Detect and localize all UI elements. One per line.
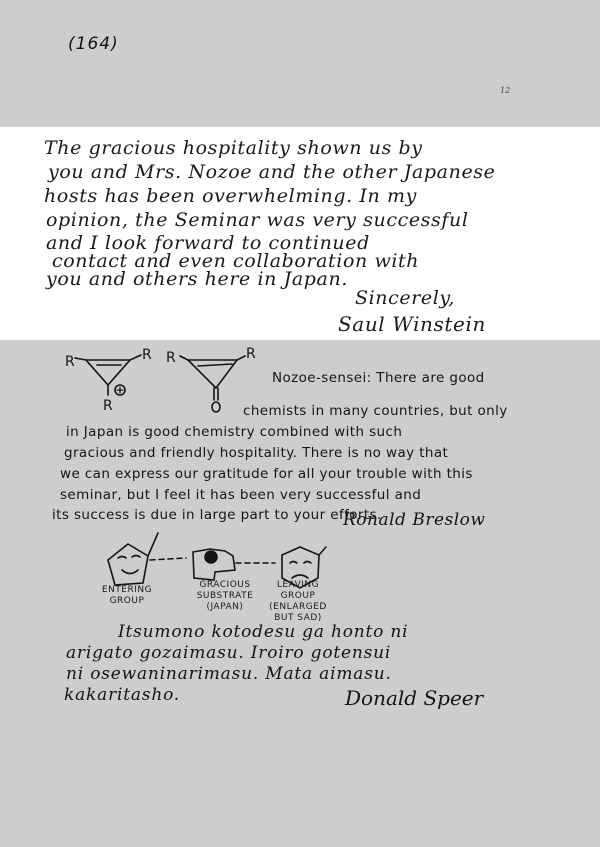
substituent-r: R	[142, 347, 152, 363]
label-line: GRACIOUS	[180, 580, 270, 591]
cyclopropenone-icon	[180, 356, 245, 412]
letter-line: in Japan is good chemistry combined with…	[66, 424, 402, 440]
letter-line: kakaritasho.	[64, 685, 180, 705]
bond-dashed-line	[150, 558, 186, 560]
letter-line: gracious and friendly hospitality. There…	[64, 445, 448, 461]
label-line: ENTERING	[92, 585, 162, 596]
signature-breslow: Ronald Breslow	[343, 510, 485, 530]
substituent-r: R	[103, 398, 113, 414]
letter-line: seminar, but I feel it has been very suc…	[60, 487, 421, 503]
entering-group-happy-face-icon	[108, 533, 158, 585]
substituent-r: R	[166, 350, 176, 366]
letter-line: Itsumono kotodesu ga honto ni	[118, 622, 408, 642]
label-line: SUBSTRATE	[180, 591, 270, 602]
letter-line: we can express our gratitude for all you…	[60, 466, 473, 482]
letter-line: ni osewaninarimasu. Mata aimasu.	[66, 664, 392, 684]
substituent-r: R	[246, 346, 256, 362]
entering-group-label: ENTERING GROUP	[92, 585, 162, 607]
leaving-group-label: LEAVING GROUP (ENLARGED BUT SAD)	[258, 580, 338, 624]
cyclopropenyl-cation-icon	[75, 355, 141, 395]
label-line: (JAPAN)	[180, 602, 270, 613]
signature-speer: Donald Speer	[345, 686, 483, 710]
salutation: Nozoe-sensei: There are good	[272, 370, 485, 386]
substrate-label: GRACIOUS SUBSTRATE (JAPAN)	[180, 580, 270, 613]
substrate-square-icon	[193, 549, 235, 580]
letter-line: its success is due in large part to your…	[52, 507, 382, 523]
label-line: (ENLARGED	[258, 602, 338, 613]
label-line: GROUP	[258, 591, 338, 602]
label-line: GROUP	[92, 596, 162, 607]
label-line: LEAVING	[258, 580, 338, 591]
substituent-r: R	[65, 354, 75, 370]
letter-line: arigato gozaimasu. Iroiro gotensui	[66, 643, 391, 663]
letter-line: chemists in many countries, but only	[243, 403, 508, 419]
